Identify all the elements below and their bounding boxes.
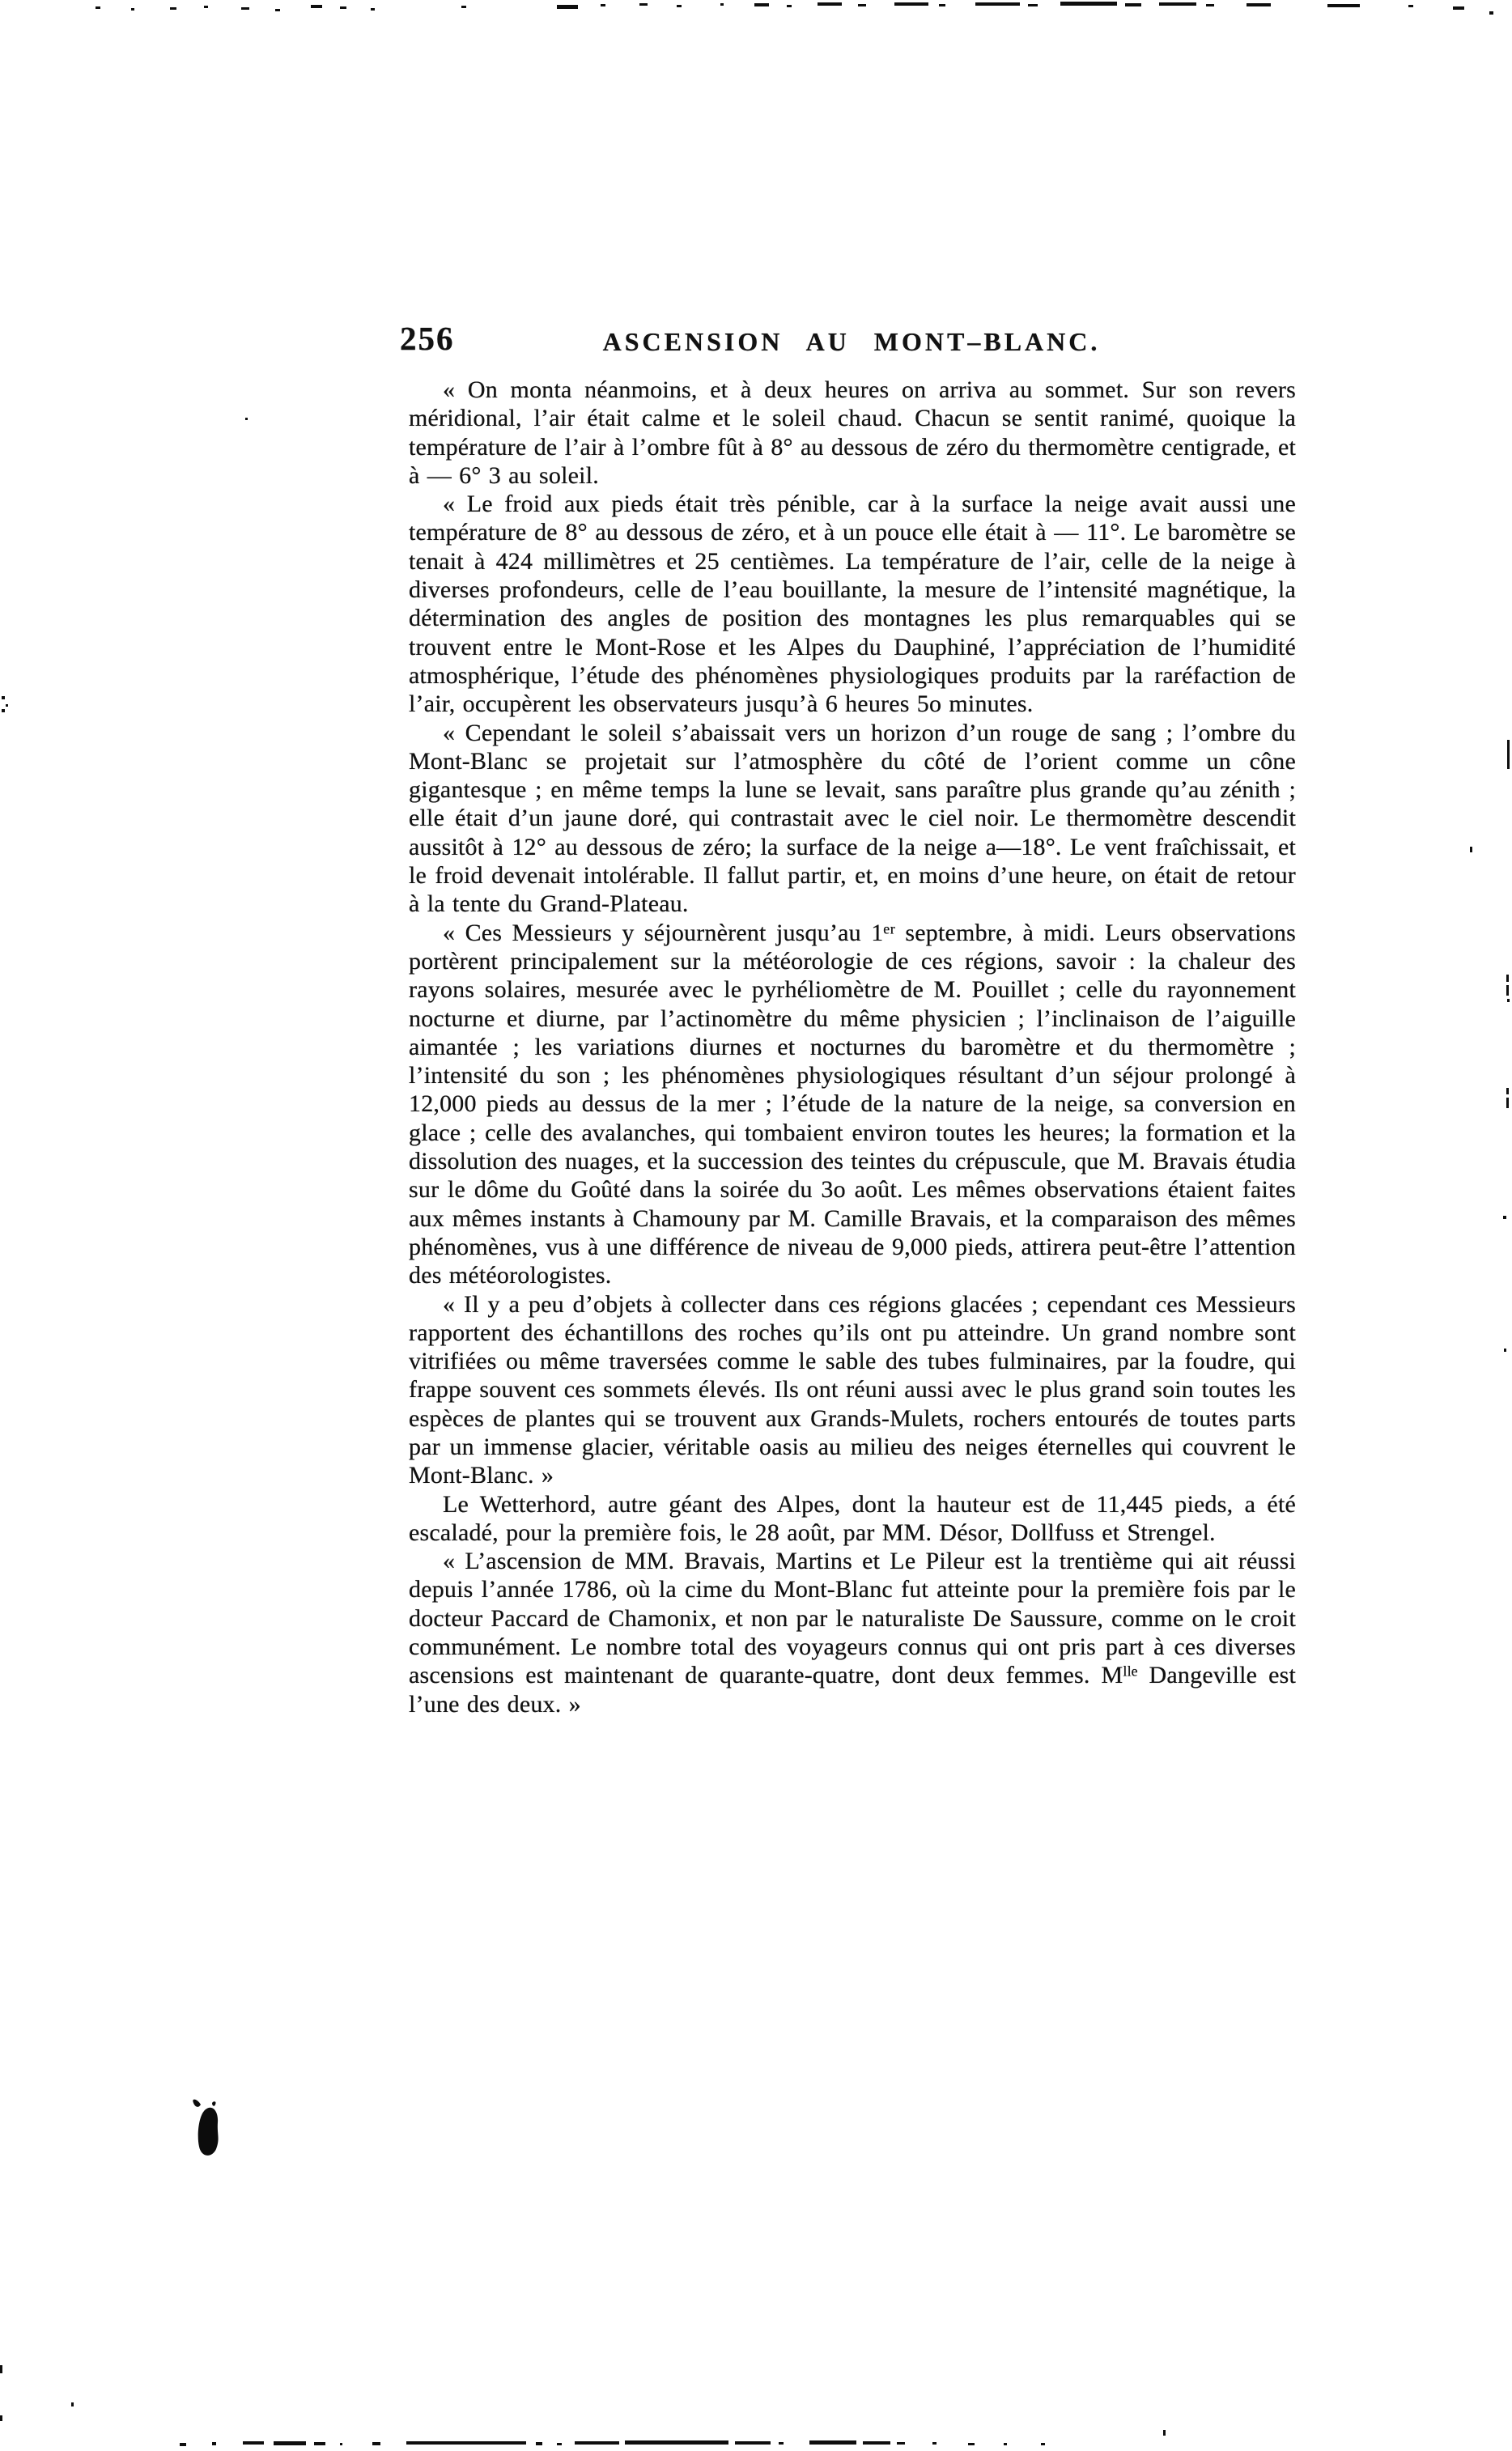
book-page-scan: 256 ASCENSION AU MONT–BLANC. « On monta …	[0, 0, 1512, 2451]
scan-speck	[720, 3, 724, 6]
scan-speck	[1125, 3, 1141, 6]
scan-speck	[2, 709, 5, 712]
scan-speck	[818, 2, 842, 6]
paragraph-7: « L’ascension de MM. Bravais, Martins et…	[409, 1547, 1296, 1718]
scan-speck	[1506, 985, 1509, 996]
scan-speck	[858, 4, 866, 6]
scan-speck	[212, 2442, 216, 2445]
scan-speck	[1247, 3, 1271, 6]
scan-speck	[1408, 5, 1413, 7]
scan-speck	[1506, 1088, 1509, 1094]
scan-speck	[897, 2442, 905, 2445]
scan-speck	[1060, 2, 1117, 6]
scan-speck	[6, 704, 8, 707]
scan-speck	[735, 2441, 771, 2445]
paragraph-3: « Cependant le soleil s’abaissait vers u…	[409, 719, 1296, 919]
scan-speck	[0, 2415, 2, 2421]
scan-speck	[2, 696, 5, 699]
scan-speck	[557, 5, 578, 9]
scan-speck	[71, 2402, 74, 2406]
scan-speck	[372, 2442, 380, 2445]
scan-speck	[894, 2, 928, 6]
scan-speck	[754, 3, 769, 6]
scan-speck	[968, 2443, 975, 2445]
running-head: ASCENSION AU MONT–BLANC.	[409, 327, 1294, 357]
scan-speck	[170, 7, 176, 10]
scan-speck	[863, 2441, 890, 2445]
scan-speck	[180, 2443, 186, 2446]
scan-speck	[1028, 4, 1038, 6]
scan-speck	[625, 2440, 728, 2445]
scan-speck	[1159, 2, 1196, 6]
scan-speck	[131, 8, 134, 11]
scan-speck	[779, 2442, 784, 2445]
scan-speck	[787, 5, 792, 7]
scan-speck	[96, 6, 100, 9]
scan-speck	[340, 2443, 342, 2445]
scan-speck	[1327, 4, 1360, 7]
scan-speck	[601, 4, 605, 6]
scan-speck	[1506, 975, 1509, 982]
scan-speck	[1470, 847, 1472, 852]
scan-speck	[245, 418, 248, 420]
scan-speck	[975, 2, 1020, 6]
scan-speck	[1507, 999, 1510, 1002]
scan-speck	[1453, 6, 1464, 10]
scan-speck	[1206, 4, 1214, 6]
scan-speck	[0, 2365, 2, 2373]
scan-speck	[371, 8, 375, 11]
scan-speck	[932, 2442, 937, 2445]
scan-speck	[1004, 2443, 1007, 2445]
scan-speck	[1163, 2430, 1166, 2436]
paragraph-5: « Il y a peu d’objets à collecter dans c…	[409, 1290, 1296, 1490]
scan-speck	[536, 2442, 542, 2445]
ink-blot	[183, 2096, 228, 2171]
scan-speck	[575, 2441, 619, 2445]
scan-speck	[1504, 1349, 1506, 1352]
scan-speck	[311, 5, 322, 8]
scan-speck	[1041, 2443, 1045, 2445]
scan-speck	[243, 2441, 264, 2445]
scan-speck	[275, 9, 280, 11]
scan-speck	[939, 4, 945, 6]
scan-speck	[1506, 1098, 1509, 1108]
paragraph-2: « Le froid aux pieds était très pénible,…	[409, 490, 1296, 718]
paragraph-1: « On monta néanmoins, et à deux heures o…	[409, 376, 1296, 490]
scan-speck	[1489, 11, 1493, 15]
scan-speck	[274, 2441, 306, 2445]
paragraph-6: Le Wetterhord, autre géant des Alpes, do…	[409, 1490, 1296, 1548]
scan-speck	[639, 3, 648, 6]
scan-speck	[1507, 740, 1510, 769]
scan-speck	[406, 2441, 526, 2445]
scan-speck	[809, 2440, 856, 2445]
scan-speck	[204, 6, 208, 8]
text-block: « On monta néanmoins, et à deux heures o…	[409, 376, 1296, 1718]
paragraph-4: « Ces Messieurs y séjournèrent jusqu’au …	[409, 919, 1296, 1290]
scan-speck	[677, 5, 682, 7]
scan-speck	[461, 6, 466, 8]
scan-speck	[314, 2442, 325, 2445]
scan-speck	[1503, 1216, 1506, 1219]
scan-speck	[340, 6, 346, 9]
scan-speck	[557, 2443, 562, 2445]
scan-speck	[241, 7, 249, 10]
